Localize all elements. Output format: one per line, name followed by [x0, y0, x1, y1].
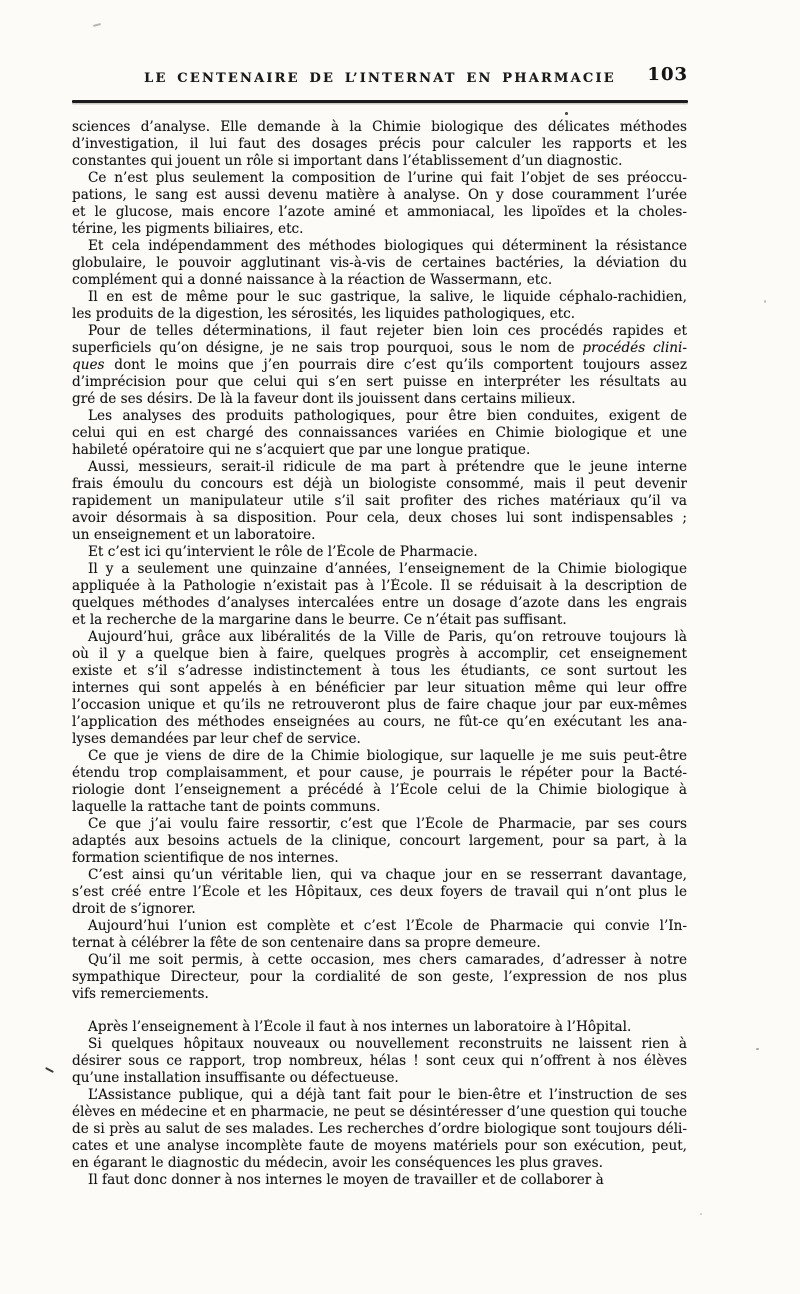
text-line: existe et s’il s’adresse indistinctement… [72, 663, 687, 680]
paragraph: Après l’enseignement à l’École il faut à… [72, 1019, 687, 1036]
text-line: étendu trop complaisamment, et pour caus… [72, 765, 687, 782]
text-line: désirer sous ce rapport, trop nombreux, … [72, 1053, 687, 1070]
text-line: d’imprécision pour que celui qui s’en se… [72, 374, 687, 391]
text-line: Il en est de même pour le suc gastrique,… [72, 289, 687, 306]
running-title: LE CENTENAIRE DE L’INTERNAT EN PHARMACIE [72, 71, 688, 86]
text-line: Aujourd’hui, grâce aux libéralités de la… [72, 629, 687, 646]
book-page: LE CENTENAIRE DE L’INTERNAT EN PHARMACIE… [0, 0, 800, 1294]
text-line: lyses demandées par leur chef de service… [72, 731, 687, 748]
paragraph: Aussi, messieurs, serait-il ridicule de … [72, 459, 687, 544]
text-line: vifs remerciements. [72, 986, 687, 1003]
text-line: et la recherche de la margarine dans le … [72, 612, 687, 629]
page-header: LE CENTENAIRE DE L’INTERNAT EN PHARMACIE… [72, 68, 688, 92]
text-line: sciences d’analyse. Elle demande à la Ch… [72, 119, 687, 136]
paragraph: L’Assistance publique, qui a déjà tant f… [72, 1087, 687, 1172]
text-line: Aujourd’hui l’union est complète et c’es… [72, 918, 687, 935]
paragraph: Il faut donc donner à nos internes le mo… [72, 1172, 687, 1189]
text-line: Ce que j’ai voulu faire ressortir, c’est… [72, 816, 687, 833]
text-line: un enseignement et un laboratoire. [72, 527, 687, 544]
text-line: habileté opératoire qui ne s’acquiert qu… [72, 442, 687, 459]
paragraph: Les analyses des produits pathologiques,… [72, 408, 687, 459]
paragraph: Qu’il me soit permis, à cette occasion, … [72, 952, 687, 1003]
text-line: Après l’enseignement à l’École il faut à… [72, 1019, 687, 1036]
text-line: constantes qui jouent un rôle si importa… [72, 153, 687, 170]
text-line: gré de ses désirs. De là la faveur dont … [72, 391, 687, 408]
text-line: ques dont le moins que j’en pourrais dir… [72, 357, 687, 374]
text-line: C’est ainsi qu’un véritable lien, qui va… [72, 867, 687, 884]
text-line: droit de s’ignorer. [72, 901, 687, 918]
text-line: sympathique Directeur, pour la cordialit… [72, 969, 687, 986]
text-line: l’application des méthodes enseignées au… [72, 714, 687, 731]
text-line: Qu’il me soit permis, à cette occasion, … [72, 952, 687, 969]
paragraph: C’est ainsi qu’un véritable lien, qui va… [72, 867, 687, 918]
text-line: formation scientifique de nos internes. [72, 850, 687, 867]
text-line: l’occasion unique et qu’ils ne retrouver… [72, 697, 687, 714]
text-line: rapidement un manipulateur utile s’il sa… [72, 493, 687, 510]
text-line: Pour de telles déterminations, il faut r… [72, 323, 687, 340]
text-line: celui qui en est chargé des connaissance… [72, 425, 687, 442]
text-line: Et cela indépendamment des méthodes biol… [72, 238, 687, 255]
text-line: appliquée à la Pathologie n’existait pas… [72, 578, 687, 595]
text-line: de si près au salut de ses malades. Les … [72, 1121, 687, 1138]
ink-speck [756, 1048, 759, 1050]
paragraph: Aujourd’hui, grâce aux libéralités de la… [72, 629, 687, 748]
text-line: superficiels qu’on désigne, je ne sais t… [72, 340, 687, 357]
paragraph: Ce que je viens de dire de la Chimie bio… [72, 748, 687, 816]
paragraph: Ce n’est plus seulement la composition d… [72, 170, 687, 238]
ink-speck [700, 1213, 702, 1215]
text-line: adaptés aux besoins actuels de la cliniq… [72, 833, 687, 850]
text-line: pations, le sang est aussi devenu matièr… [72, 187, 687, 204]
page-number: 103 [647, 64, 688, 85]
text-line: frais émoulu du concours est déjà un bio… [72, 476, 687, 493]
paragraph: Et c’est ici qu’intervient le rôle de l’… [72, 544, 687, 561]
text-line: térine, les pigments biliaires, etc. [72, 221, 687, 238]
text-line: Aussi, messieurs, serait-il ridicule de … [72, 459, 687, 476]
paragraph: Il y a seulement une quinzaine d’années,… [72, 561, 687, 629]
ink-speck [93, 23, 101, 27]
text-line: Il faut donc donner à nos internes le mo… [72, 1172, 687, 1189]
header-rule [72, 100, 688, 103]
text-line: Les analyses des produits pathologiques,… [72, 408, 687, 425]
text-line: qu’une installation insuffisante ou défe… [72, 1070, 687, 1087]
paragraph: sciences d’analyse. Elle demande à la Ch… [72, 119, 687, 170]
text-line: laquelle la rattache tant de points comm… [72, 799, 687, 816]
text-line: où il y a quelque bien à faire, quelques… [72, 646, 687, 663]
text-line: riologie dont l’enseignement a précédé à… [72, 782, 687, 799]
text-line: en égarant le diagnostic du médecin, avo… [72, 1155, 687, 1172]
text-line: Ce n’est plus seulement la composition d… [72, 170, 687, 187]
text-line: les produits de la digestion, les sérosi… [72, 306, 687, 323]
text-line: quelques méthodes d’analyses intercalées… [72, 595, 687, 612]
paragraph: Et cela indépendamment des méthodes biol… [72, 238, 687, 289]
body-text: sciences d’analyse. Elle demande à la Ch… [72, 119, 687, 1189]
text-line: ternat à célébrer la fête de son centena… [72, 935, 687, 952]
paragraph: Ce que j’ai voulu faire ressortir, c’est… [72, 816, 687, 867]
text-line: avoir désormais à sa disposition. Pour c… [72, 510, 687, 527]
text-line: Et c’est ici qu’intervient le rôle de l’… [72, 544, 687, 561]
paragraph: Pour de telles déterminations, il faut r… [72, 323, 687, 408]
text-line: complément qui a donné naissance à la ré… [72, 272, 687, 289]
text-line: Il y a seulement une quinzaine d’années,… [72, 561, 687, 578]
ink-speck [45, 1067, 54, 1073]
text-line: élèves en médecine et en pharmacie, ne p… [72, 1104, 687, 1121]
text-line: L’Assistance publique, qui a déjà tant f… [72, 1087, 687, 1104]
text-line: globulaire, le pouvoir agglutinant vis-à… [72, 255, 687, 272]
ink-speck [565, 112, 568, 115]
paragraph: Il en est de même pour le suc gastrique,… [72, 289, 687, 323]
ink-speck [764, 300, 766, 303]
text-line: cates et une analyse incomplète faute de… [72, 1138, 687, 1155]
text-line: s’est créé entre l’École et les Hôpitaux… [72, 884, 687, 901]
text-line: d’investigation, il lui faut des dosages… [72, 136, 687, 153]
paragraph: Aujourd’hui l’union est complète et c’es… [72, 918, 687, 952]
text-line: et le glucose, mais encore l’azote aminé… [72, 204, 687, 221]
text-line: internes qui sont appelés à en bénéficie… [72, 680, 687, 697]
text-line: Ce que je viens de dire de la Chimie bio… [72, 748, 687, 765]
paragraph: Si quelques hôpitaux nouveaux ou nouvell… [72, 1036, 687, 1087]
text-line: Si quelques hôpitaux nouveaux ou nouvell… [72, 1036, 687, 1053]
